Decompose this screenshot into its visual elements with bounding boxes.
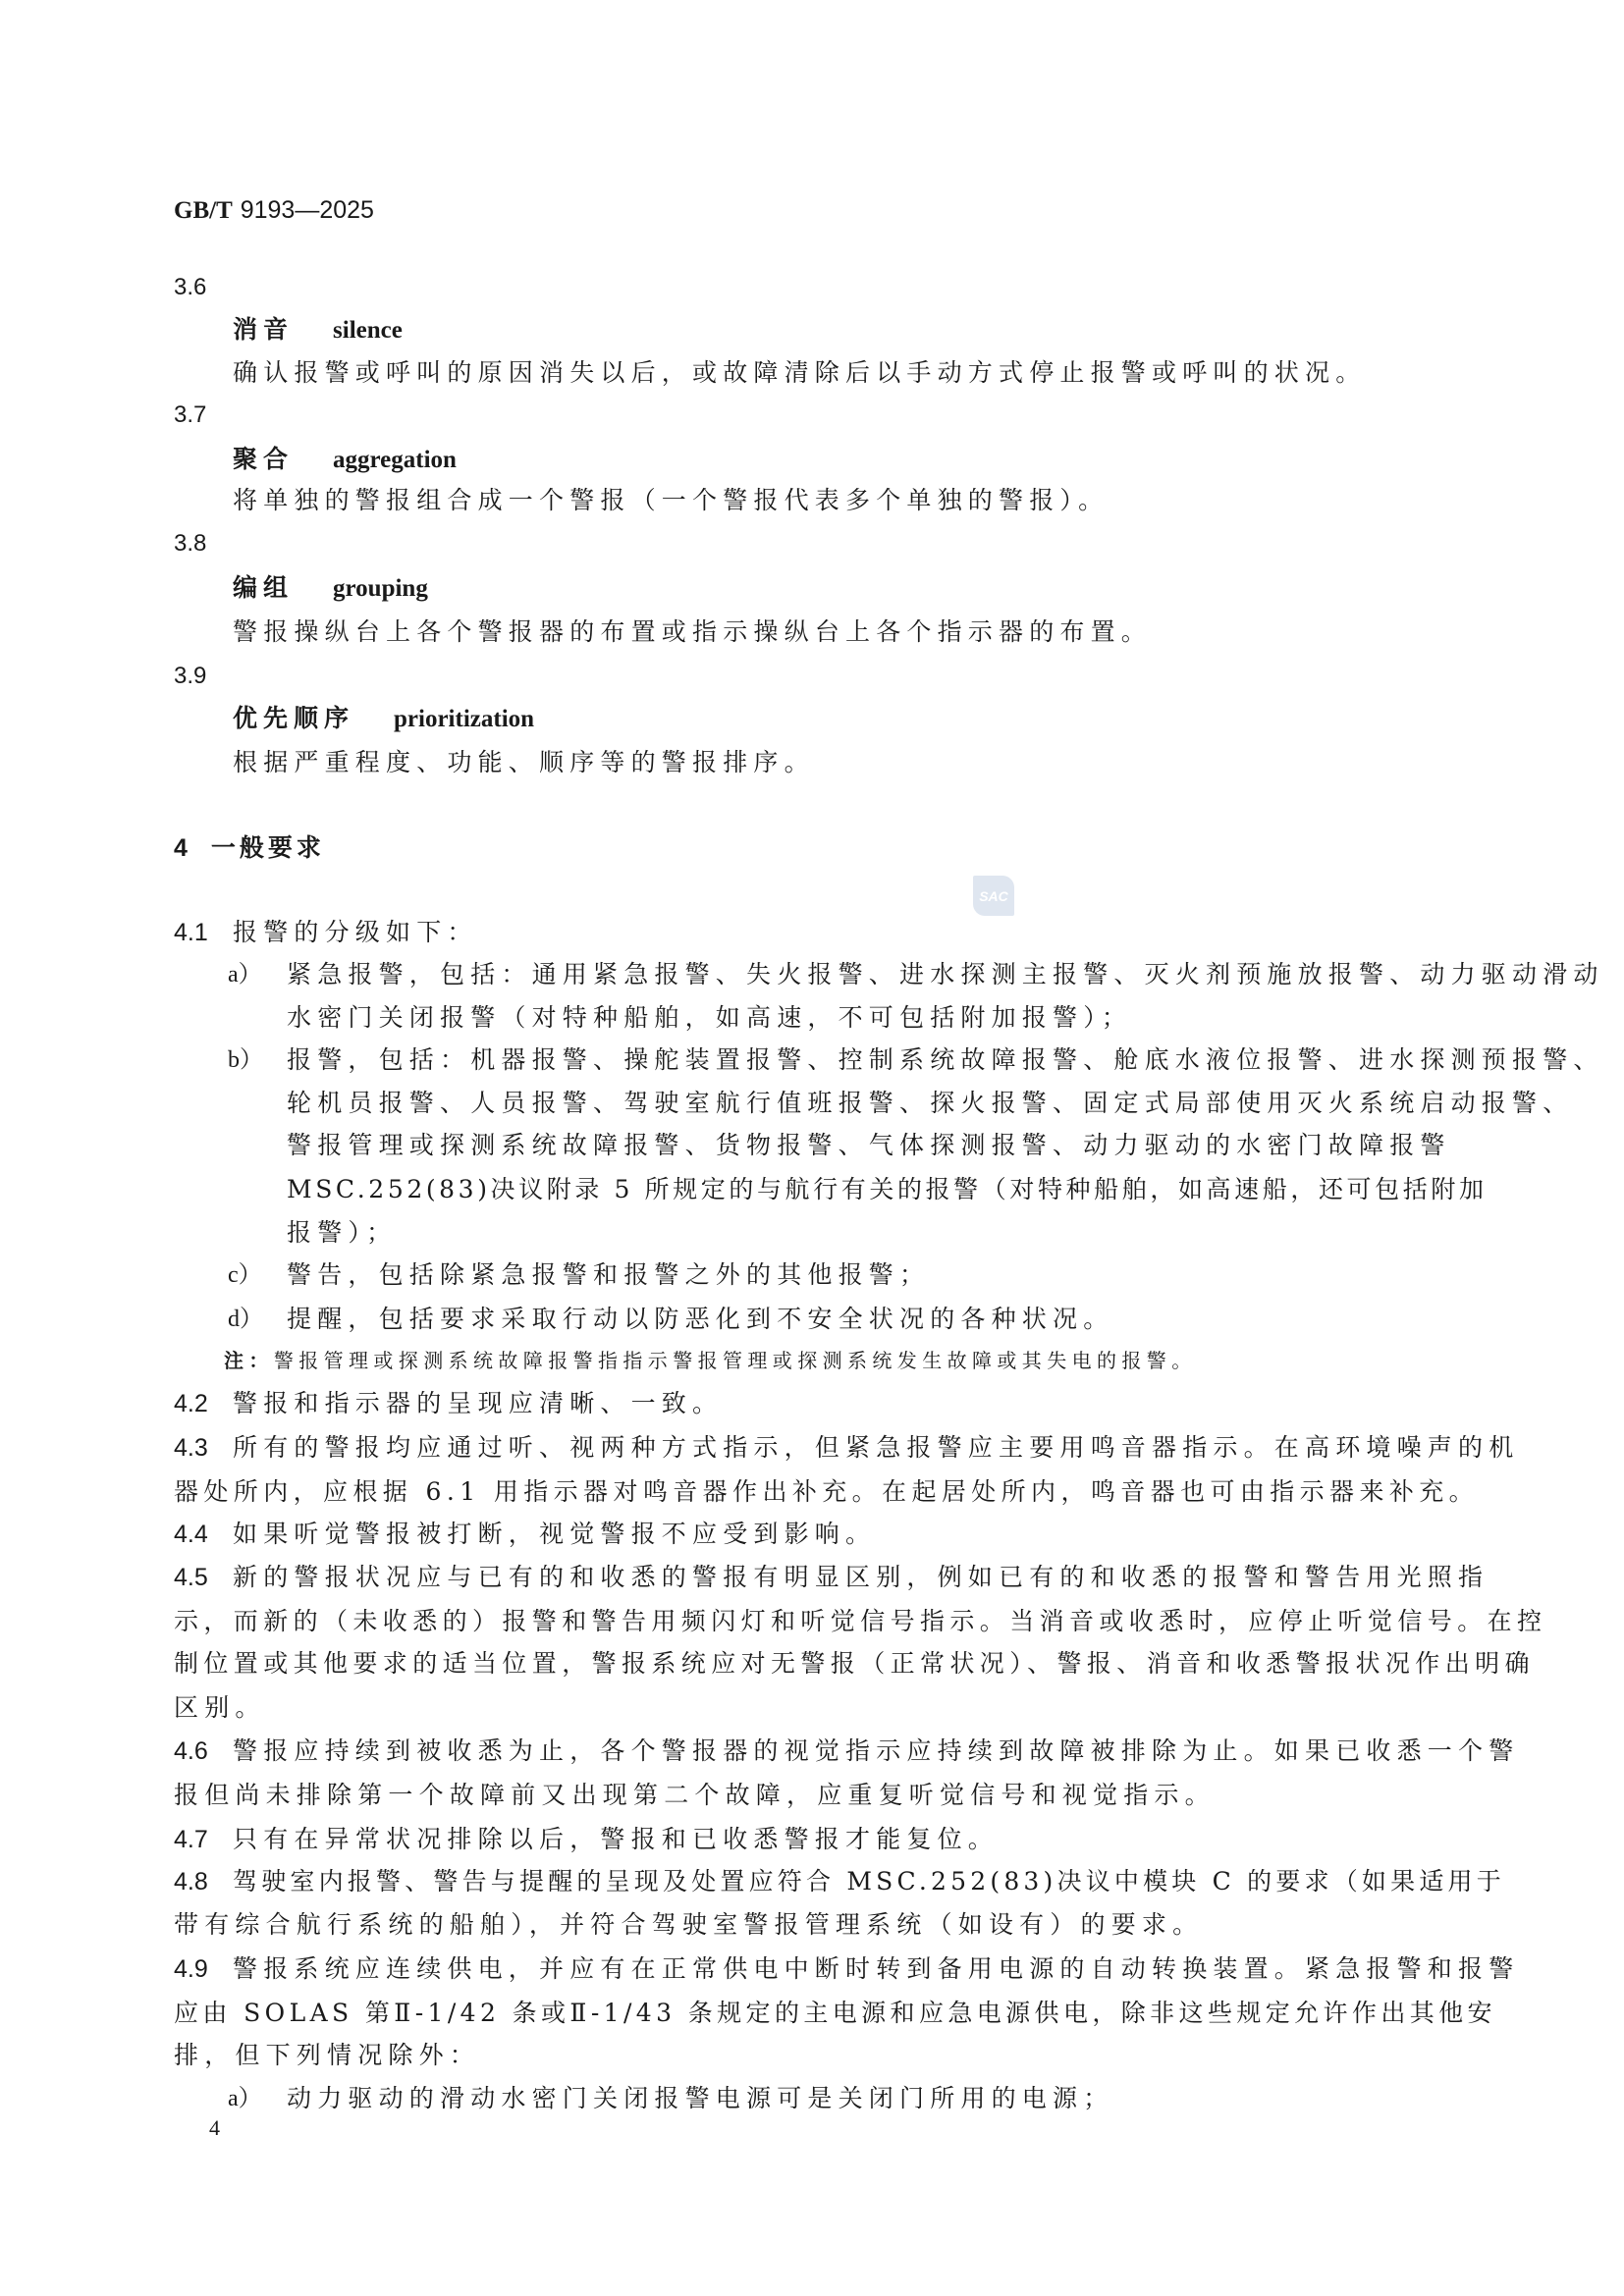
clause-number: 4.7: [174, 1824, 233, 1855]
list-item-text: 警告，包括除紧急报警和报警之外的其他报警；: [287, 1259, 930, 1291]
note: 注：警报管理或探测系统故障报警指指示警报管理或探测系统发生故障或其失电的报警。: [224, 1347, 1197, 1374]
term-en: grouping: [333, 575, 428, 602]
note-text: 警报管理或探测系统故障报警指指示警报管理或探测系统发生故障或其失电的报警。: [274, 1349, 1197, 1372]
list-item-label: a）: [228, 959, 262, 990]
list-item-text: 警报管理或探测系统故障报警、货物报警、气体探测报警、动力驱动的水密门故障报警: [287, 1130, 1451, 1161]
section-title: 一般要求: [211, 833, 325, 862]
clause-4-5: 4.5新的警报状况应与已有的和收悉的警报有明显区别，例如已有的和收悉的报警和警告…: [174, 1562, 1489, 1593]
term-cn: 聚合: [233, 445, 294, 473]
clause-text-continued: 报但尚未排除第一个故障前又出现第二个故障，应重复听觉信号和视觉指示。: [174, 1780, 1216, 1811]
standard-number: 9193—2025: [241, 196, 374, 224]
clause-text-continued: 示，而新的（未收悉的）报警和警告用频闪灯和听觉信号指示。当消音或收悉时，应停止听…: [174, 1606, 1546, 1637]
term-en: silence: [333, 317, 403, 344]
term-number: 3.8: [174, 528, 206, 560]
clause-text: 报警的分级如下：: [233, 918, 478, 946]
term-heading: 聚合aggregation: [233, 444, 457, 476]
term-heading: 编组grouping: [233, 572, 428, 605]
term-cn: 编组: [233, 573, 294, 602]
list-item-text: MSC.252(83)决议附录 5 所规定的与航行有关的报警（对特种船舶，如高速…: [287, 1174, 1488, 1205]
list-item-text: 紧急报警，包括：通用紧急报警、失火报警、进水探测主报警、灭火剂预施放报警、动力驱…: [287, 959, 1604, 990]
clause-4-8: 4.8驾驶室内报警、警告与提醒的呈现及处置应符合 MSC.252(83)决议中模…: [174, 1866, 1505, 1897]
list-item-text: 提醒，包括要求采取行动以防恶化到不安全状况的各种状况。: [287, 1304, 1113, 1335]
clause-number: 4.6: [174, 1735, 233, 1767]
clause-text: 如果听觉警报被打断，视觉警报不应受到影响。: [233, 1520, 876, 1548]
watermark-text: SAC: [979, 888, 1008, 904]
list-item-label: d）: [228, 1304, 263, 1335]
term-en: aggregation: [333, 447, 457, 473]
clause-4-4: 4.4如果听觉警报被打断，视觉警报不应受到影响。: [174, 1519, 876, 1550]
clause-number: 4.8: [174, 1866, 233, 1897]
list-item-text: 报警，包括：机器报警、操舵装置报警、控制系统故障报警、舱底水液位报警、进水探测预…: [287, 1044, 1604, 1076]
clause-4-7: 4.7只有在异常状况排除以后，警报和已收悉警报才能复位。: [174, 1824, 999, 1855]
clause-text: 警报和指示器的呈现应清晰、一致。: [233, 1389, 723, 1417]
page-number: 4: [209, 2115, 220, 2141]
clause-4-3: 4.3所有的警报均应通过听、视两种方式指示，但紧急报警应主要用鸣音器指示。在高环…: [174, 1432, 1519, 1464]
list-item-label: c）: [228, 1259, 262, 1291]
section-number: 4: [174, 834, 188, 862]
clause-text: 只有在异常状况排除以后，警报和已收悉警报才能复位。: [233, 1825, 999, 1853]
clause-text: 新的警报状况应与已有的和收悉的警报有明显区别，例如已有的和收悉的报警和警告用光照…: [233, 1563, 1489, 1591]
list-item-text: 动力驱动的滑动水密门关闭报警电源可是关闭门所用的电源；: [287, 2083, 1113, 2114]
term-en: prioritization: [394, 706, 534, 732]
clause-4-1: 4.1报警的分级如下：: [174, 917, 478, 948]
clause-text-continued: 区别。: [174, 1692, 266, 1724]
clause-text-continued: 应由 SOLAS 第Ⅱ-1/42 条或Ⅱ-1/43 条规定的主电源和应急电源供电…: [174, 1998, 1496, 2029]
clause-number: 4.9: [174, 1953, 233, 1985]
term-number: 3.7: [174, 400, 206, 431]
clause-text: 警报系统应连续供电，并应有在正常供电中断时转到备用电源的自动转换装置。紧急报警和…: [233, 1954, 1519, 1983]
clause-4-6: 4.6警报应持续到被收悉为止，各个警报器的视觉指示应持续到故障被排除为止。如果已…: [174, 1735, 1519, 1767]
clause-text-continued: 排，但下列情况除外：: [174, 2040, 480, 2071]
document-code-header: GB/T 9193—2025: [174, 194, 374, 227]
term-heading: 优先顺序prioritization: [233, 703, 534, 735]
clause-text: 驾驶室内报警、警告与提醒的呈现及处置应符合 MSC.252(83)决议中模块 C…: [233, 1867, 1505, 1896]
term-definition: 确认报警或呼叫的原因消失以后，或故障清除后以手动方式停止报警或呼叫的状况。: [233, 357, 1366, 389]
term-heading: 消音silence: [233, 314, 403, 347]
clause-text: 警报应持续到被收悉为止，各个警报器的视觉指示应持续到故障被排除为止。如果已收悉一…: [233, 1736, 1519, 1765]
term-number: 3.9: [174, 661, 206, 692]
list-item-text: 轮机员报警、人员报警、驾驶室航行值班报警、探火报警、固定式局部使用灭火系统启动报…: [287, 1088, 1573, 1119]
standard-prefix: GB/T: [174, 197, 233, 224]
clause-number: 4.3: [174, 1432, 233, 1464]
clause-number: 4.5: [174, 1562, 233, 1593]
term-definition: 将单独的警报组合成一个警报（一个警报代表多个单独的警报）。: [233, 485, 1109, 516]
section-heading: 4一般要求: [174, 832, 325, 864]
clause-4-2: 4.2警报和指示器的呈现应清晰、一致。: [174, 1388, 723, 1419]
note-label: 注：: [224, 1349, 274, 1372]
list-item-text: 水密门关闭报警（对特种船舶，如高速，不可包括附加报警）；: [287, 1002, 1132, 1034]
term-cn: 优先顺序: [233, 704, 354, 732]
list-item-text: 报警）；: [287, 1217, 397, 1249]
clause-number: 4.2: [174, 1388, 233, 1419]
clause-text-continued: 制位置或其他要求的适当位置，警报系统应对无警报（正常状况）、警报、消音和收悉警报…: [174, 1648, 1535, 1680]
clause-4-9: 4.9警报系统应连续供电，并应有在正常供电中断时转到备用电源的自动转换装置。紧急…: [174, 1953, 1519, 1985]
clause-number: 4.1: [174, 917, 233, 948]
clause-text-continued: 带有综合航行系统的船舶），并符合驾驶室警报管理系统（如设有）的要求。: [174, 1909, 1203, 1941]
clause-text-continued: 器处所内，应根据 6.1 用指示器对鸣音器作出补充。在起居处所内，鸣音器也可由指…: [174, 1476, 1479, 1508]
term-number: 3.6: [174, 272, 206, 303]
clause-text: 所有的警报均应通过听、视两种方式指示，但紧急报警应主要用鸣音器指示。在高环境噪声…: [233, 1433, 1519, 1462]
term-definition: 根据严重程度、功能、顺序等的警报排序。: [233, 747, 815, 778]
term-cn: 消音: [233, 315, 294, 344]
clause-number: 4.4: [174, 1519, 233, 1550]
list-item-label: a）: [228, 2083, 262, 2114]
sac-watermark-logo: SAC: [973, 876, 1014, 916]
term-definition: 警报操纵台上各个警报器的布置或指示操纵台上各个指示器的布置。: [233, 616, 1152, 648]
list-item-label: b）: [228, 1044, 263, 1076]
